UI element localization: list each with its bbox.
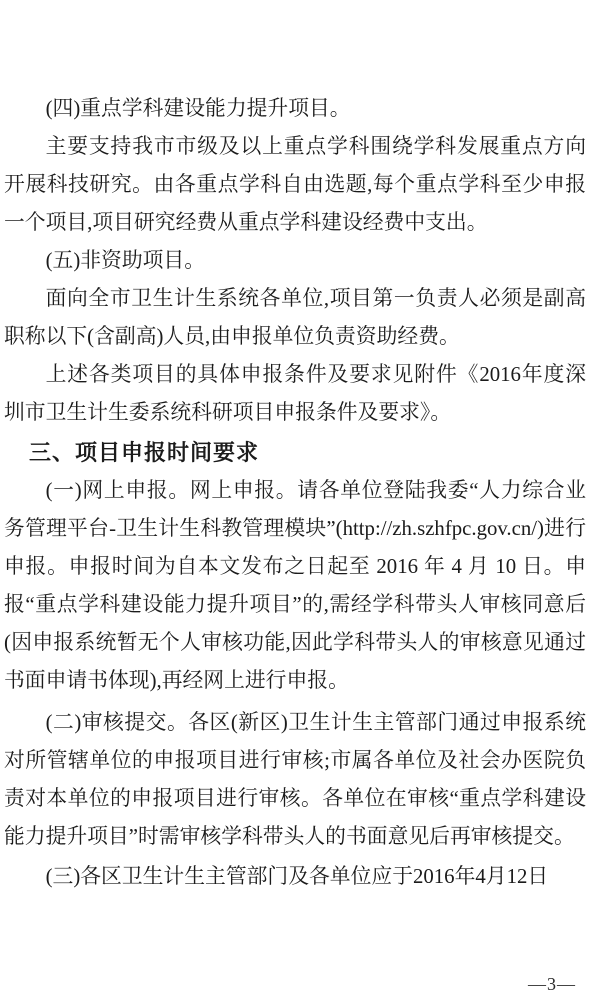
section-heading-3-application-time-requirements: 三、项目申报时间要求 [4,434,586,472]
page-number: —3— [528,974,576,995]
scanned-document-page: (四)重点学科建设能力提升项目。 主要支持我市市级及以上重点学科围绕学科发展重点… [0,0,600,1003]
paragraph-item-4-description: 主要支持我市市级及以上重点学科围绕学科发展重点方向开展科技研究。由各重点学科自由… [4,128,586,242]
paragraph-3-deadline: (三)各区卫生计生主管部门及各单位应于2016年4月12日 [4,858,586,896]
paragraph-1-online-application: (一)网上申报。网上申报。请各单位登陆我委“人力综合业务管理平台-卫生计生科教管… [4,472,586,700]
paragraph-2-review-submission: (二)审核提交。各区(新区)卫生计生主管部门通过申报系统对所管辖单位的申报项目进… [4,704,586,856]
subheading-item-5-non-funded-project: (五)非资助项目。 [4,242,586,280]
document-body: (四)重点学科建设能力提升项目。 主要支持我市市级及以上重点学科围绕学科发展重点… [4,90,586,896]
subheading-item-4-key-discipline-capacity-project: (四)重点学科建设能力提升项目。 [4,90,586,128]
paragraph-attachment-note: 上述各类项目的具体申报条件及要求见附件《2016年度深圳市卫生计生委系统科研项目… [4,356,586,432]
paragraph-item-5-description: 面向全市卫生计生系统各单位,项目第一负责人必须是副高职称以下(含副高)人员,由申… [4,280,586,356]
